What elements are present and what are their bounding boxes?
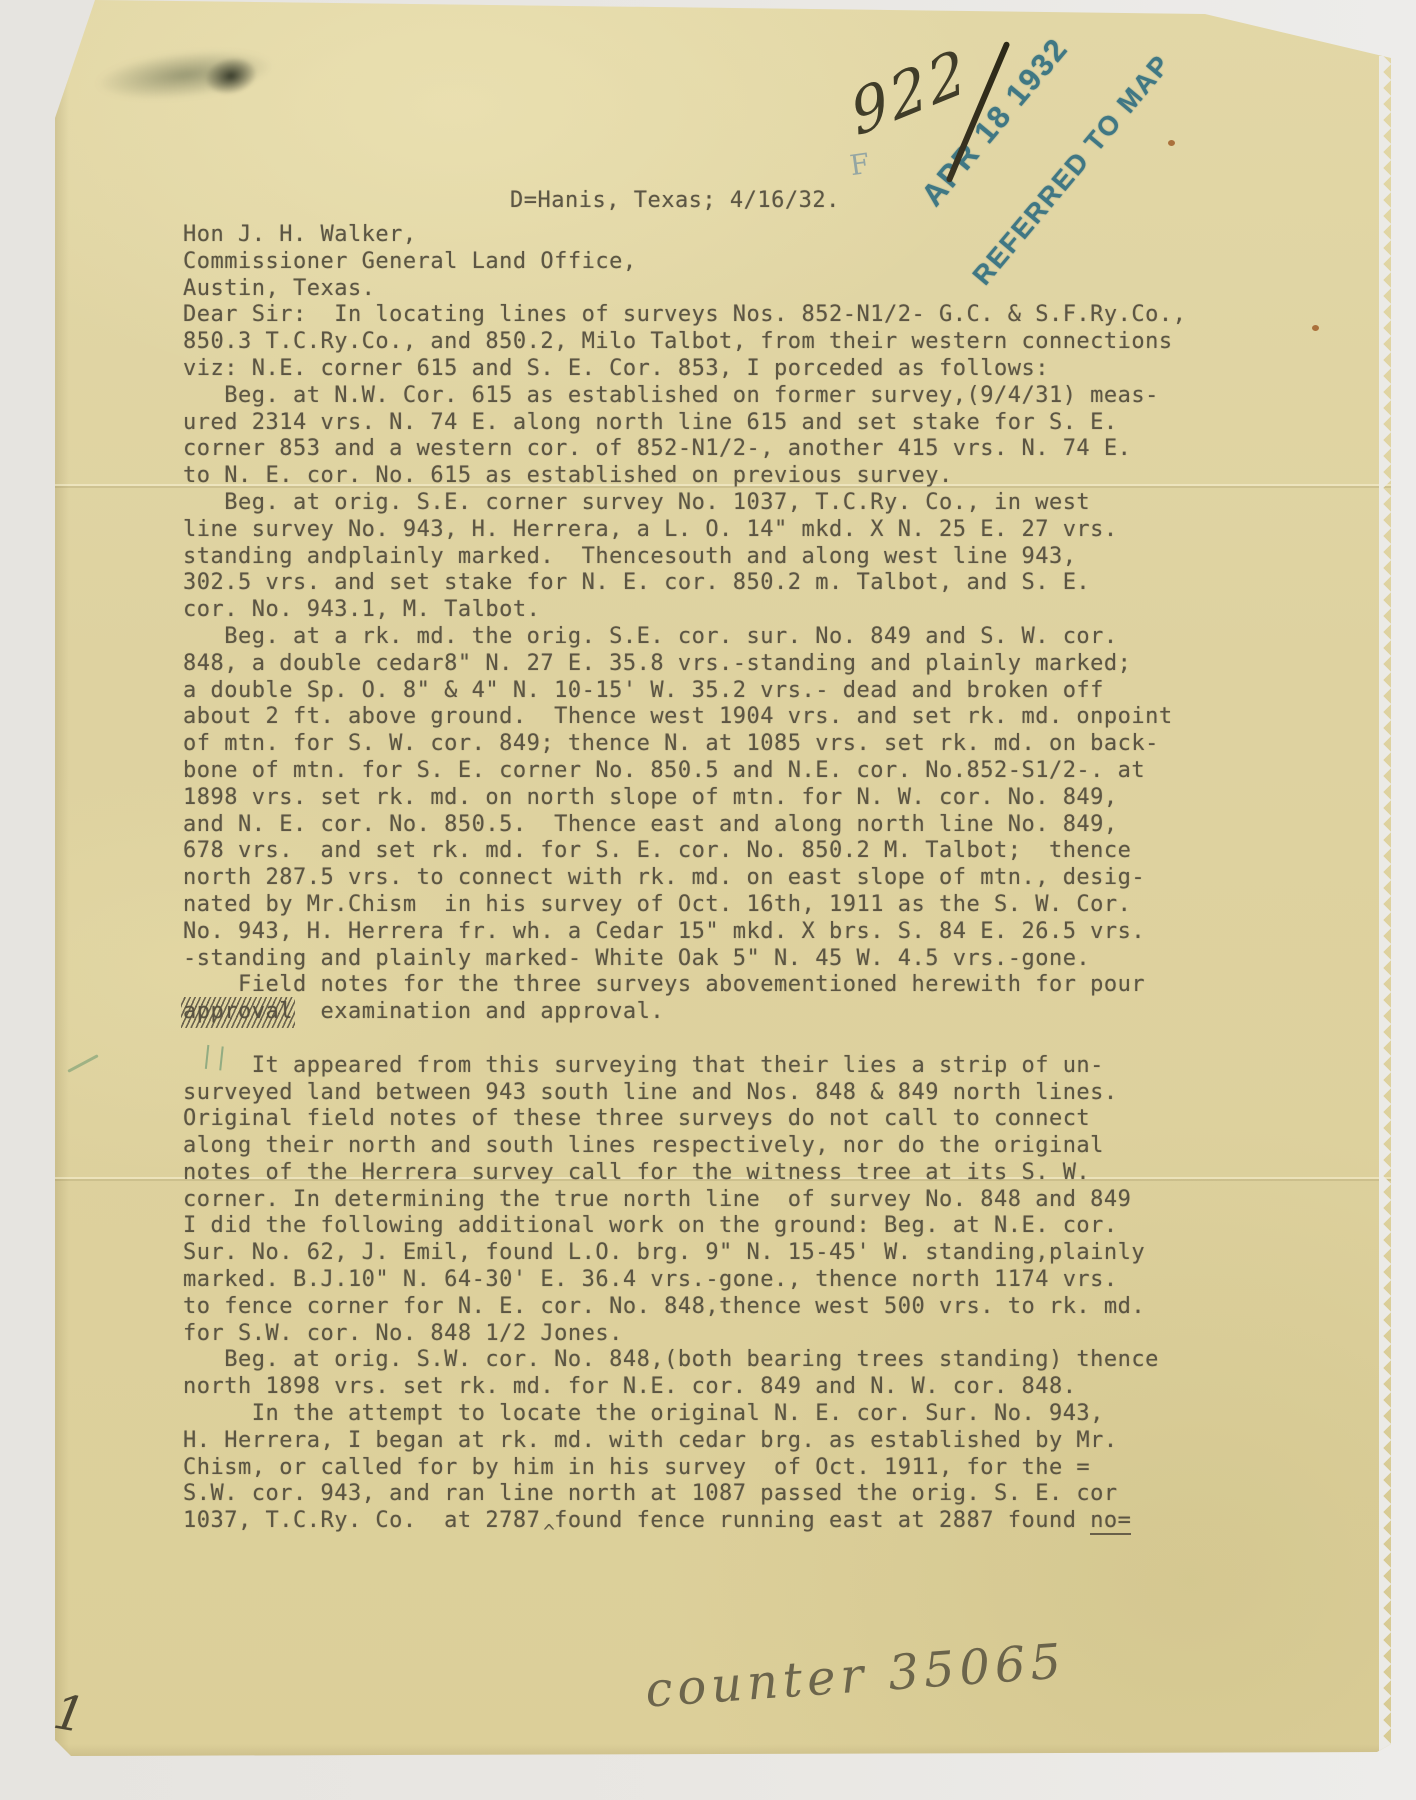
typed-line: 848, a double cedar8" N. 27 E. 35.8 vrs.…: [183, 651, 1233, 678]
typed-lines: Hon J. H. Walker,Commissioner General La…: [183, 222, 1233, 1535]
typed-line: bone of mtn. for S. E. corner No. 850.5 …: [183, 758, 1233, 785]
letter-dateline: D=Hanis, Texas; 4/16/32.: [510, 188, 840, 213]
typed-line: viz: N.E. corner 615 and S. E. Cor. 853,…: [183, 356, 1233, 383]
typed-line: [183, 1026, 1233, 1053]
typed-line: to N. E. cor. No. 615 as established on …: [183, 463, 1233, 490]
typed-line: 1037, T.C.Ry. Co. at 2787 found fence ru…: [183, 1508, 1233, 1535]
typed-line: 302.5 vrs. and set stake for N. E. cor. …: [183, 570, 1233, 597]
struck-text: approval: [183, 999, 293, 1026]
rust-speck: [1168, 140, 1175, 146]
typed-line: north 287.5 vrs. to connect with rk. md.…: [183, 865, 1233, 892]
typed-line: S.W. cor. 943, and ran line north at 108…: [183, 1481, 1233, 1508]
typed-line: marked. B.J.10" N. 64-30' E. 36.4 vrs.-g…: [183, 1267, 1233, 1294]
green-margin-ticks: ||: [199, 1041, 231, 1072]
typed-line: Beg. at orig. S.W. cor. No. 848,(both be…: [183, 1347, 1233, 1374]
typed-line: to fence corner for N. E. cor. No. 848,t…: [183, 1294, 1233, 1321]
typed-line: corner. In determining the true north li…: [183, 1187, 1233, 1214]
typed-line: about 2 ft. above ground. Thence west 19…: [183, 704, 1233, 731]
typed-line: Field notes for the three surveys abovem…: [183, 972, 1233, 999]
typed-line: No. 943, H. Herrera fr. wh. a Cedar 15" …: [183, 919, 1233, 946]
typed-line: Commissioner General Land Office,: [183, 249, 1233, 276]
underlined-text: no=: [1090, 1508, 1131, 1535]
scan-canvas: D=Hanis, Texas; 4/16/32. Hon J. H. Walke…: [0, 0, 1416, 1800]
typed-line: Beg. at a rk. md. the orig. S.E. cor. su…: [183, 624, 1233, 651]
typed-line: In the attempt to locate the original N.…: [183, 1401, 1233, 1428]
typed-line: 678 vrs. and set rk. md. for S. E. cor. …: [183, 838, 1233, 865]
typed-line: nated by Mr.Chism in his survey of Oct. …: [183, 892, 1233, 919]
typed-line: surveyed land between 943 south line and…: [183, 1080, 1233, 1107]
typed-line: Original field notes of these three surv…: [183, 1106, 1233, 1133]
typed-line: Hon J. H. Walker,: [183, 222, 1233, 249]
typed-line: ured 2314 vrs. N. 74 E. along north line…: [183, 410, 1233, 437]
deckle-edge: [1379, 56, 1391, 1756]
typed-line: Beg. at orig. S.E. corner survey No. 103…: [183, 490, 1233, 517]
typed-line: Sur. No. 62, J. Emil, found L.O. brg. 9"…: [183, 1240, 1233, 1267]
paper-bottom-shadow: [55, 1744, 1391, 1756]
typed-line: Beg. at N.W. Cor. 615 as established on …: [183, 383, 1233, 410]
typed-line: a double Sp. O. 8" & 4" N. 10-15' W. 35.…: [183, 678, 1233, 705]
typed-line: Dear Sir: In locating lines of surveys N…: [183, 302, 1233, 329]
typed-line: of mtn. for S. W. cor. 849; thence N. at…: [183, 731, 1233, 758]
typed-line: approval examination and approval.: [183, 999, 1233, 1026]
typed-line: north 1898 vrs. set rk. md. for N.E. cor…: [183, 1374, 1233, 1401]
typed-line: 1898 vrs. set rk. md. on north slope of …: [183, 785, 1233, 812]
typed-line: along their north and south lines respec…: [183, 1133, 1233, 1160]
typed-line: standing andplainly marked. Thencesouth …: [183, 544, 1233, 571]
typed-line: corner 853 and a western cor. of 852-N1/…: [183, 436, 1233, 463]
caret-mark: ^: [543, 1520, 555, 1544]
rust-speck: [1312, 325, 1319, 331]
typed-line: -standing and plainly marked- White Oak …: [183, 946, 1233, 973]
typed-line: H. Herrera, I began at rk. md. with ceda…: [183, 1428, 1233, 1455]
paper-left-shadow: [55, 0, 69, 1756]
typed-line: I did the following additional work on t…: [183, 1213, 1233, 1240]
typed-line: for S.W. cor. No. 848 1/2 Jones.: [183, 1321, 1233, 1348]
typed-line: and N. E. cor. No. 850.5. Thence east an…: [183, 812, 1233, 839]
typed-line: It appeared from this surveying that the…: [183, 1053, 1233, 1080]
typed-line: Chism, or called for by him in his surve…: [183, 1455, 1233, 1482]
typed-line: Austin, Texas.: [183, 276, 1233, 303]
typed-line: 850.3 T.C.Ry.Co., and 850.2, Milo Talbot…: [183, 329, 1233, 356]
typed-line: notes of the Herrera survey call for the…: [183, 1160, 1233, 1187]
typed-line: line survey No. 943, H. Herrera, a L. O.…: [183, 517, 1233, 544]
typed-line: cor. No. 943.1, M. Talbot.: [183, 597, 1233, 624]
